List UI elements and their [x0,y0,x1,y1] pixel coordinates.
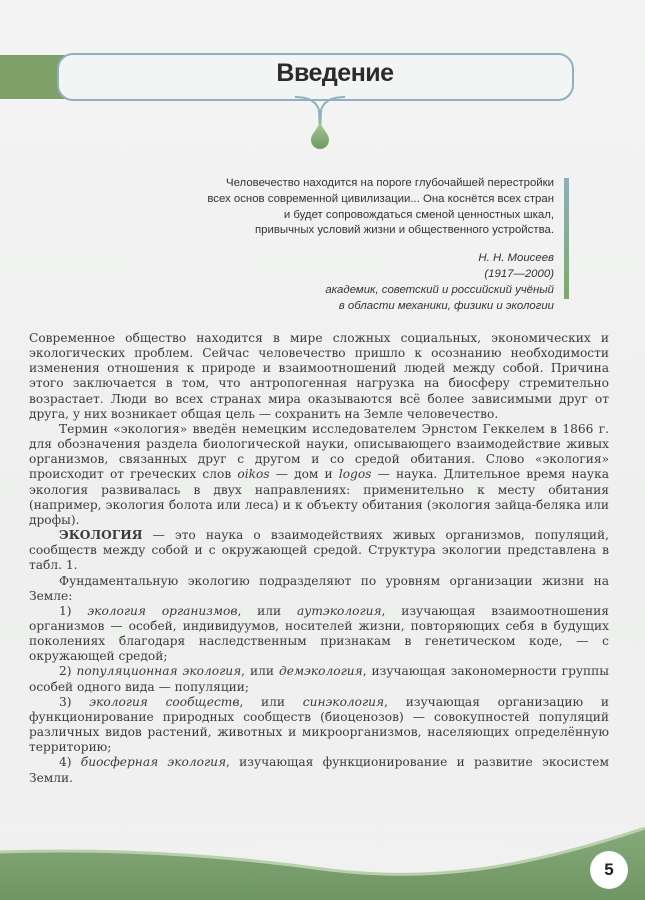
list-item: 4) биосферная экология, изучающая функци… [29,755,609,785]
definition-paragraph: ЭКОЛОГИЯ — это наука о взаимодействиях ж… [29,528,609,573]
epigraph-line: всех основ современной цивилизации... Он… [150,192,554,208]
paragraph: Современное общество находится в мире сл… [29,331,609,422]
term-oikos: oikos [237,467,269,481]
epigraph-years: (1917—2000) [150,267,554,283]
epigraph-accent-bar [564,178,569,299]
list-item: 3) экология сообществ, или синэкология, … [29,695,609,756]
list-item: 2) популяционная экология, или демэколог… [29,664,609,694]
list-item: 1) экология организмов, или аутэкология,… [29,604,609,665]
main-text: Современное общество находится в мире сл… [29,331,609,786]
item-term: биосферная экология [81,755,226,769]
page-number: 5 [590,851,628,889]
item-term: демэкология [279,664,363,678]
text-span: , или [237,604,297,618]
epigraph-role: академик, советский и российский учёный [150,283,554,299]
epigraph: Человечество находится на пороге глубоча… [150,176,554,314]
item-term: экология организмов [87,604,237,618]
text-span: , или [239,695,302,709]
text-span: — дом и [270,467,339,481]
defined-term: ЭКОЛОГИЯ [59,528,142,542]
term-logos: logos [339,467,372,481]
epigraph-line: Человечество находится на пороге глубоча… [150,176,554,192]
item-number: 2) [59,664,77,678]
footer-wave [0,790,645,900]
epigraph-role: в области механики, физики и экологии [150,299,554,315]
epigraph-line: и будет сопровождаться сменой ценностных… [150,208,554,224]
page-title: Введение [25,59,645,88]
item-term: популяционная экология [77,664,242,678]
epigraph-author: Н. Н. Моисеев [150,251,554,267]
drop-icon [295,96,345,171]
paragraph: Термин «экология» введён немецким исслед… [29,422,609,528]
item-number: 1) [59,604,87,618]
item-number: 3) [59,695,89,709]
item-term: синэкология [303,695,384,709]
epigraph-line: привычных условий жизни и общественного … [150,223,554,239]
item-number: 4) [59,755,81,769]
item-term: аутэкология [297,604,382,618]
item-term: экология сообществ [89,695,239,709]
paragraph: Фундаментальную экологию подразделяют по… [29,574,609,604]
text-span: , или [241,664,279,678]
